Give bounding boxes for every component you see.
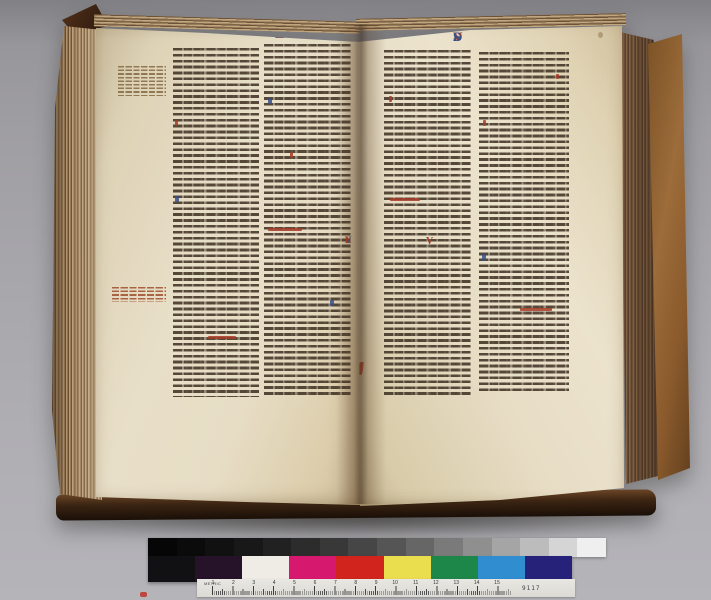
chapter-numeral-letter: I	[345, 235, 349, 245]
rubric-mark	[330, 300, 334, 306]
ruler-number: 15	[479, 580, 499, 586]
ruler-number: 10	[378, 580, 398, 586]
swatch	[320, 538, 349, 557]
ruler-number: 9	[357, 580, 377, 586]
swatch	[177, 538, 206, 557]
handwritten-number: 9117	[522, 585, 540, 592]
text-column	[264, 44, 351, 397]
rubric-mark	[389, 96, 392, 102]
text-column	[479, 52, 569, 393]
ruler-number: 12	[418, 580, 438, 586]
swatch	[148, 556, 195, 582]
swatch	[348, 538, 377, 557]
ruler-number: 2	[214, 580, 234, 586]
ruler-number: 3	[235, 580, 255, 586]
rubric-line	[268, 228, 302, 231]
swatch	[406, 538, 435, 557]
swatch	[377, 538, 406, 557]
text-column	[384, 50, 471, 395]
right-page: DVS V	[358, 22, 624, 506]
rubric-line	[520, 308, 552, 311]
ruler-number: 14	[459, 580, 479, 586]
rubric-mark	[482, 254, 486, 261]
metric-ruler: METRIC 123456789101112131415	[197, 579, 575, 597]
rubric-mark	[483, 120, 486, 126]
rubric-line	[208, 336, 236, 339]
folio-mark	[598, 32, 603, 38]
ruler-number: 11	[398, 580, 418, 586]
swatch	[148, 538, 177, 557]
swatch	[463, 538, 492, 557]
grayscale-wedge	[148, 538, 606, 557]
ruler-numbers: 123456789101112131415	[194, 580, 500, 586]
swatch	[263, 538, 292, 557]
swatch	[434, 538, 463, 557]
running-title-letter: S	[453, 29, 462, 45]
ruler-number: 1	[194, 580, 214, 586]
text-column	[173, 48, 259, 397]
ruler-number: 13	[439, 580, 459, 586]
rubric-line	[390, 198, 420, 201]
rubric-initial-v: V	[426, 236, 433, 247]
ruler-number: 7	[316, 580, 336, 586]
swatch	[234, 538, 263, 557]
swatch	[205, 538, 234, 557]
marginal-gloss	[118, 66, 166, 96]
ruler-number: 4	[255, 580, 275, 586]
photograph-background: EXO XVI DVS V	[0, 0, 711, 600]
ruler-number: 5	[276, 580, 296, 586]
marginal-gloss-red	[112, 287, 166, 302]
manuscript-book: EXO XVI DVS V	[0, 0, 711, 600]
fore-edge-left	[52, 24, 102, 504]
swatch	[291, 538, 320, 557]
ruler-number: 6	[296, 580, 316, 586]
rubric-mark	[268, 98, 272, 104]
swatch	[520, 538, 549, 557]
swatch	[549, 538, 578, 557]
rubric-mark	[556, 74, 559, 79]
rubric-mark	[175, 196, 179, 202]
red-speck	[140, 592, 147, 597]
rubric-mark	[290, 152, 293, 158]
rubric-mark	[175, 120, 178, 126]
ruler-number: 8	[337, 580, 357, 586]
left-page: EXO XVI	[96, 24, 360, 506]
swatch	[492, 538, 521, 557]
swatch	[577, 538, 606, 557]
